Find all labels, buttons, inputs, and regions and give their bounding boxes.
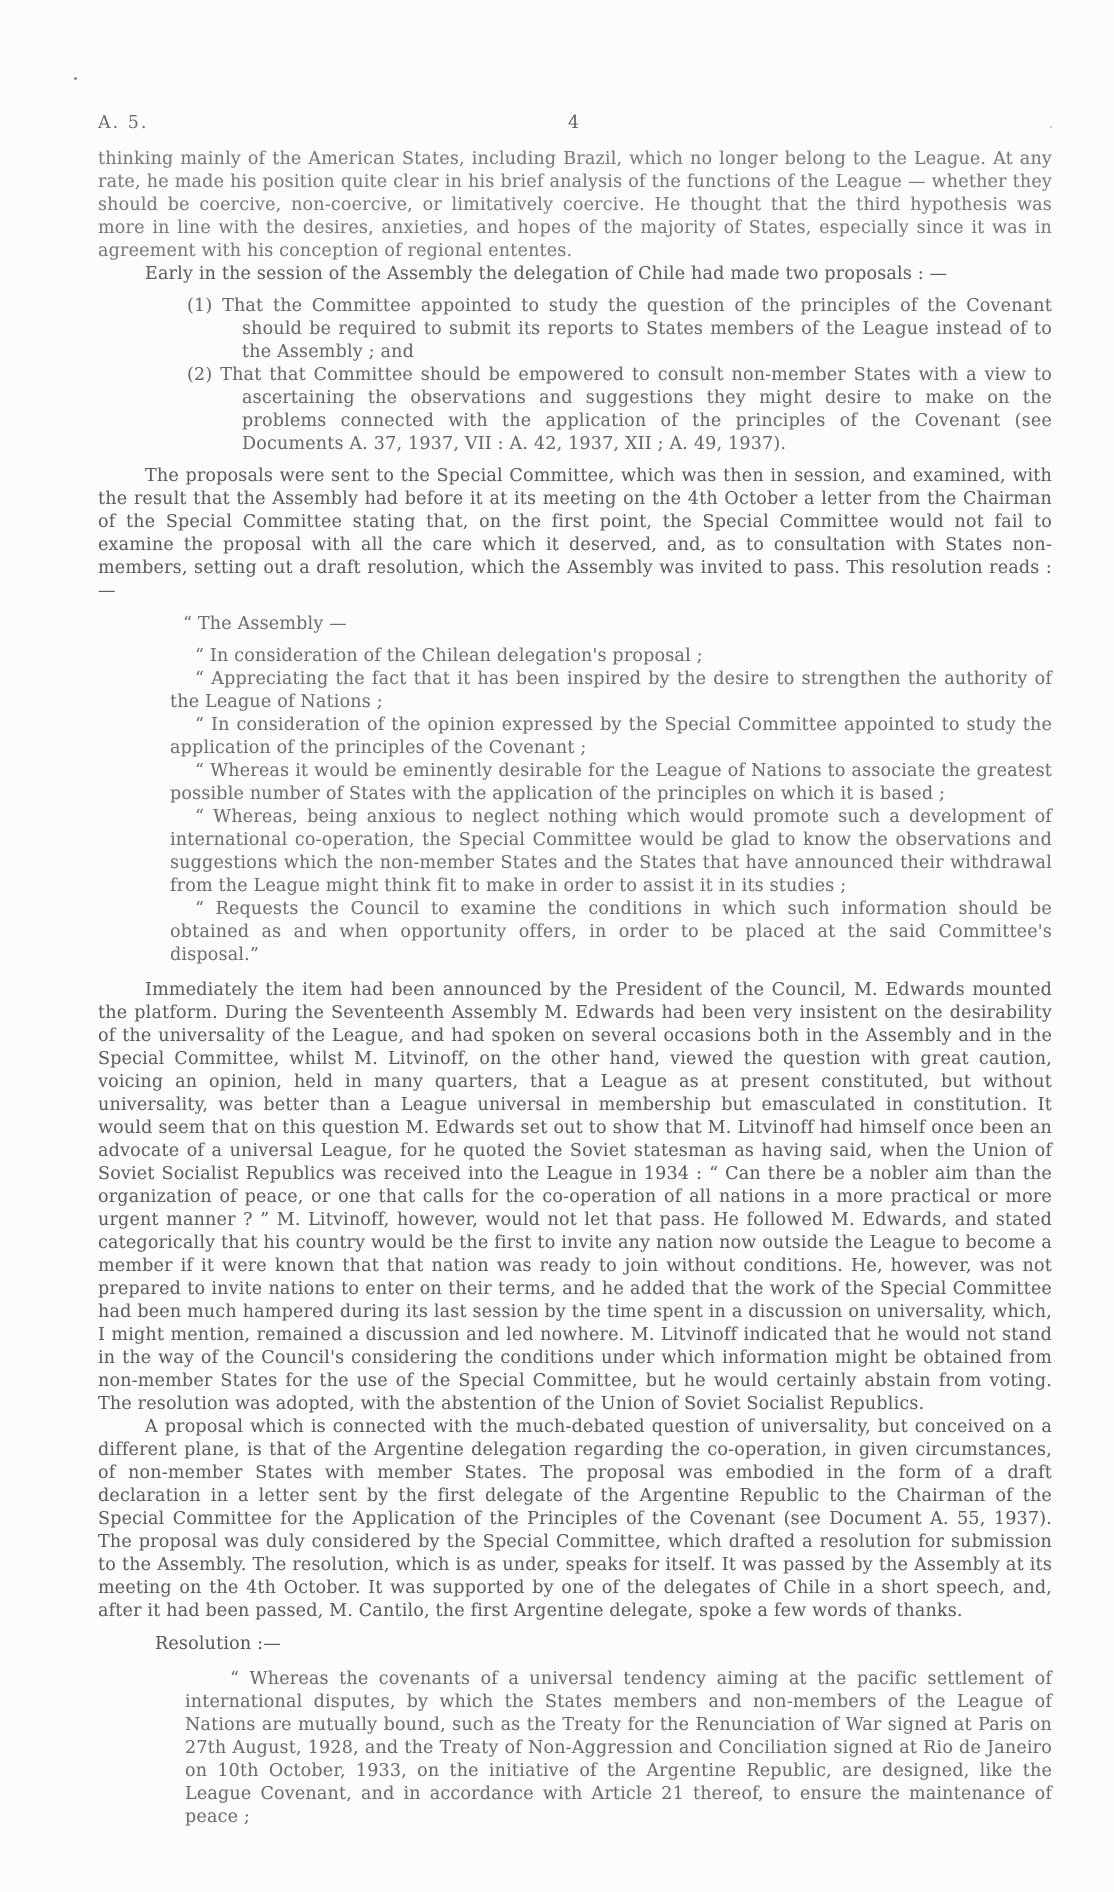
resolution-clause-4: “ Whereas it would be eminently desirabl… <box>170 760 1052 806</box>
resolution-opening: “ The Assembly — <box>170 613 1052 636</box>
page-number: 4 <box>568 112 579 135</box>
resolution-clause-3: “ In consideration of the opinion expres… <box>170 714 1052 760</box>
paragraph-edwards-litvinoff: Immediately the item had been announced … <box>98 979 1052 1416</box>
passed-resolution-block: “ Whereas the covenants of a universal t… <box>185 1668 1052 1829</box>
resolution-whereas-clause: “ Whereas the covenants of a universal t… <box>185 1668 1052 1829</box>
document-body: thinking mainly of the American States, … <box>98 148 1052 1829</box>
document-page: A. 5. 4 thinking mainly of the American … <box>0 0 1114 1892</box>
paragraph-continuation: thinking mainly of the American States, … <box>98 148 1052 263</box>
proposal-item-2: (2) That that Committee should be empowe… <box>242 364 1052 456</box>
resolution-clause-6: “ Requests the Council to examine the co… <box>170 898 1052 967</box>
paragraph-special-committee: The proposals were sent to the Special C… <box>98 465 1052 603</box>
paragraph-argentine-proposal: A proposal which is connected with the m… <box>98 1416 1052 1623</box>
document-reference: A. 5. <box>98 112 148 135</box>
paragraph-chile-proposals-intro: Early in the session of the Assembly the… <box>98 263 1052 286</box>
resolution-clause-1: “ In consideration of the Chilean delega… <box>170 645 1052 668</box>
scan-speck <box>74 77 77 80</box>
page-header: A. 5. 4 <box>98 112 1052 136</box>
resolution-clause-5: “ Whereas, being anxious to neglect noth… <box>170 806 1052 898</box>
draft-resolution-block: “ The Assembly — “ In consideration of t… <box>170 613 1052 967</box>
resolution-clause-2: “ Appreciating the fact that it has been… <box>170 668 1052 714</box>
proposal-list: (1) That the Committee appointed to stud… <box>98 295 1052 456</box>
resolution-label: Resolution :— <box>98 1633 1052 1656</box>
proposal-item-1: (1) That the Committee appointed to stud… <box>242 295 1052 364</box>
